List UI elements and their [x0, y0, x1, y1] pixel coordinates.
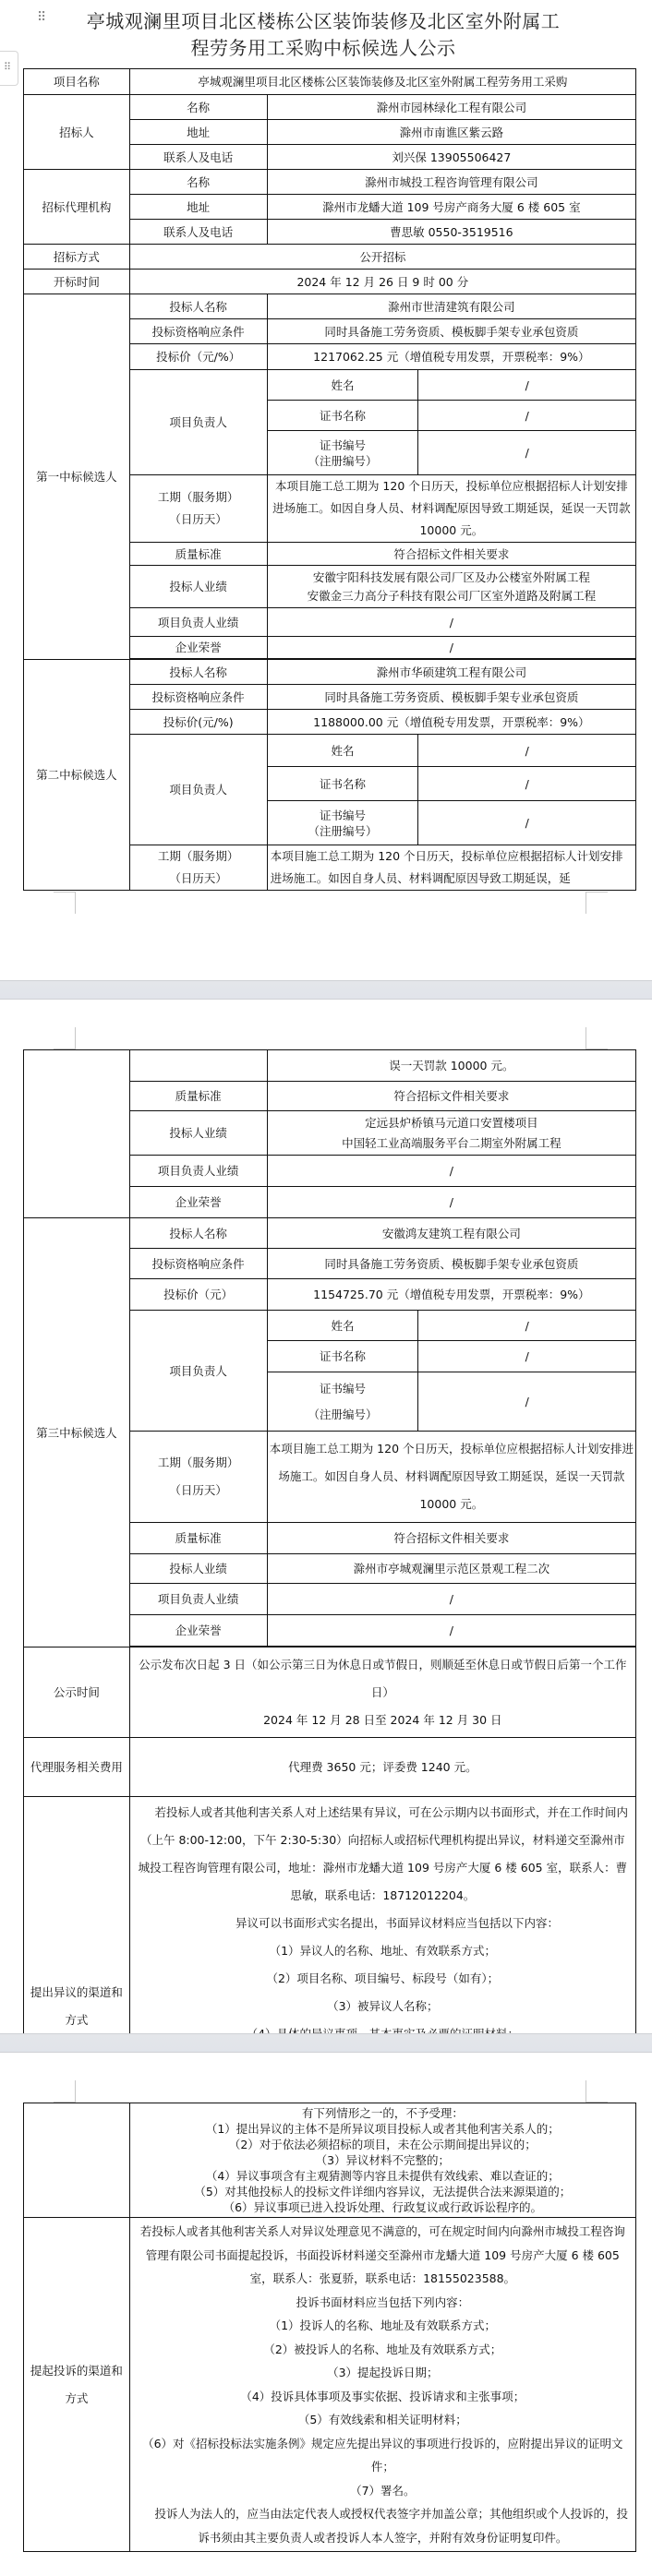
manager-performance-label: 项目负责人业绩 [129, 608, 267, 637]
agency-contact-value: 曹思敏 0550-3519516 [267, 220, 635, 245]
reject-intro: 有下列情形之一的，不予受理： [136, 2105, 630, 2121]
table-row: 项目名称 亭城观澜里项目北区楼栋公区装饰装修及北区室外附属工程劳务用工采购 [24, 69, 636, 95]
complaint-label: 提起投诉的渠道和方式 [24, 2218, 130, 2552]
qualification-label: 投标资格响应条件 [129, 685, 267, 710]
page-corner-mark [586, 892, 608, 914]
candidate-1-label: 第一中标候选人 [24, 294, 130, 660]
objection-material-item: （3）被异议人名称； [136, 1993, 630, 2020]
performance-label: 投标人业绩 [129, 566, 267, 608]
performance-item: 中国轻工业高端服务平台二期室外附属工程 [271, 1133, 633, 1154]
table-row: 开标时间 2024 年 12 月 26 日 9 时 00 分 [24, 270, 636, 294]
cert-no-label-line-1: 证书编号 [271, 808, 416, 823]
results-table-part-1: 项目名称 亭城观澜里项目北区楼栋公区装饰装修及北区室外附属工程劳务用工采购 招标… [23, 68, 636, 891]
candidate-3-price: 1154725.70 元（增值税专用发票，开票税率：9%） [267, 1279, 635, 1311]
candidate-1-period: 本项目施工总工期为 120 个日历天，投标单位应根据招标人计划安排进场施工。如因… [267, 475, 635, 543]
reject-item: （1）提出异议的主体不是所异议项目投标人或者其他利害关系人的； [136, 2121, 630, 2137]
candidate-2-manager-name: / [418, 735, 636, 767]
publicity-value: 公示发布次日起 3 日（如公示第三日为休息日或节假日，则顺延至休息日或节假日后第… [129, 1647, 635, 1738]
results-table-part-3: 有下列情形之一的，不予受理： （1）提出异议的主体不是所异议项目投标人或者其他利… [23, 2103, 636, 2552]
page-break-band [0, 980, 652, 1000]
complaint-content: 若投标人或者其他利害关系人对异议处理意见不满意的，可在规定时间内向滁州市城投工程… [129, 2218, 635, 2552]
candidate-1-qualification: 同时具备施工劳务资质、模板脚手架专业承包资质 [267, 319, 635, 344]
performance-item: 定远县炉桥镇马元道口安置楼项目 [271, 1113, 633, 1133]
objection-label-continued [24, 2103, 130, 2218]
table-row: 招标代理机构 名称 滁州市城投工程咨询管理有限公司 [24, 170, 636, 195]
period-label-line-1: 工期（服务期） [133, 1449, 264, 1477]
candidate-1-performance: 安徽宇阳科技发展有限公司厂区及办公楼室外附属工程 安徽金三力高分子科技有限公司厂… [267, 566, 635, 608]
candidate-2-quality: 符合招标文件相关要求 [267, 1082, 635, 1111]
manager-label: 项目负责人 [129, 1311, 267, 1432]
cert-no-label-line-2: （注册编号） [271, 453, 416, 469]
candidate-2-period-part-1: 本项目施工总工期为 120 个日历天，投标单位应根据招标人计划安排进场施工。如因… [267, 845, 635, 891]
cert-name-label: 证书名称 [267, 1341, 418, 1372]
period-label-line-2: （日历天） [133, 868, 264, 890]
performance-label: 投标人业绩 [129, 1554, 267, 1584]
candidate-2-cert-no: / [418, 801, 636, 845]
cert-no-label-line-1: 证书编号 [271, 1376, 416, 1402]
page-corner-mark [54, 2080, 76, 2103]
quality-label: 质量标准 [129, 1082, 267, 1111]
publicity-label: 公示时间 [24, 1647, 130, 1738]
publicity-dates: 2024 年 12 月 28 日至 2024 年 12 月 30 日 [133, 1707, 633, 1734]
cert-no-label: 证书编号 （注册编号） [267, 801, 418, 845]
candidate-2-performance: 定远县炉桥镇马元道口安置楼项目 中国轻工业高端服务平台二期室外附属工程 [267, 1111, 635, 1156]
candidate-1-honor: / [267, 637, 635, 659]
period-label: 工期（服务期） （日历天） [129, 475, 267, 543]
objection-material-item: （2）项目名称、项目编号、标段号（如有）； [136, 1965, 630, 1993]
candidate-3-honor: / [267, 1615, 635, 1647]
table-row: 第二中标候选人 投标人名称 滁州市华硕建筑工程有限公司 [24, 660, 636, 685]
quality-label: 质量标准 [129, 1523, 267, 1554]
objection-materials-intro: 异议可以书面形式实名提出，书面异议材料应当包括以下内容： [136, 1910, 630, 1937]
page-title: 亭城观澜里项目北区楼栋公区装饰装修及北区室外附属工 程劳务用工采购中标候选人公示 [55, 8, 591, 62]
document-page-1: ⠿ ⠿ 亭城观澜里项目北区楼栋公区装饰装修及北区室外附属工 程劳务用工采购中标候… [0, 0, 652, 980]
qualification-label: 投标资格响应条件 [129, 319, 267, 344]
candidate-2-name: 滁州市华硕建筑工程有限公司 [267, 660, 635, 685]
agency-label: 招标代理机构 [24, 170, 130, 245]
complaint-intro: 若投标人或者其他利害关系人对异议处理意见不满意的，可在规定时间内向滁州市城投工程… [136, 2220, 630, 2291]
project-name-value: 亭城观澜里项目北区楼栋公区装饰装修及北区室外附属工程劳务用工采购 [129, 69, 635, 95]
period-label-line-1: 工期（服务期） [133, 486, 264, 509]
agency-name-label: 名称 [129, 170, 267, 195]
reject-item: （6）异议事项已进入投诉处理、行政复议或行政诉讼程序的。 [136, 2199, 630, 2215]
candidate-3-qualification: 同时具备施工劳务资质、模板脚手架专业承包资质 [267, 1249, 635, 1279]
period-label-line-2: （日历天） [133, 509, 264, 531]
period-label-continued [129, 1050, 267, 1082]
tenderer-name-value: 滁州市园林绿化工程有限公司 [267, 95, 635, 120]
manager-label: 项目负责人 [129, 370, 267, 475]
candidate-3-period: 本项目施工总工期为 120 个日历天，投标单位应根据招标人计划安排进场施工。如因… [267, 1432, 635, 1523]
candidate-3-manager-performance: / [267, 1584, 635, 1615]
objection-intro: 若投标人或者其他利害关系人对上述结果有异议，可在公示期内以书面形式，并在工作时间… [136, 1799, 630, 1910]
candidate-2-manager-performance: / [267, 1156, 635, 1187]
complaint-material-item: （5）有效线索和相关证明材料； [136, 2408, 630, 2432]
document-page-3: 有下列情形之一的，不予受理： （1）提出异议的主体不是所异议项目投标人或者其他利… [0, 2053, 652, 2576]
candidate-3-cert-no: / [418, 1372, 636, 1432]
cert-no-label-line-2: （注册编号） [271, 823, 416, 839]
candidate-3-cert-name: / [418, 1341, 636, 1372]
agency-address-label: 地址 [129, 195, 267, 220]
opening-value: 2024 年 12 月 26 日 9 时 00 分 [129, 270, 635, 294]
candidate-3-name: 安徽鸿友建筑工程有限公司 [267, 1218, 635, 1249]
table-row: 第三中标候选人 投标人名称 安徽鸿友建筑工程有限公司 [24, 1218, 636, 1249]
manager-name-label: 姓名 [267, 370, 418, 401]
agency-address-value: 滁州市龙蟠大道 109 号房产商务大厦 6 楼 605 室 [267, 195, 635, 220]
drag-handle-icon: ⠿ [4, 63, 10, 72]
tenderer-contact-value: 刘兴保 13905506427 [267, 145, 635, 170]
honor-label: 企业荣誉 [129, 637, 267, 659]
reject-item: （4）异议事项含有主观猜测等内容且未提供有效线索、难以查证的； [136, 2168, 630, 2184]
reject-item: （2）对于依法必须招标的项目，未在公示期间提出异议的； [136, 2137, 630, 2152]
document-page-2: 误一天罚款 10000 元。 质量标准 符合招标文件相关要求 投标人业绩 定远县… [0, 1000, 652, 2033]
period-label: 工期（服务期） （日历天） [129, 845, 267, 891]
page-title-line-1: 亭城观澜里项目北区楼栋公区装饰装修及北区室外附属工 [55, 8, 591, 35]
honor-label: 企业荣誉 [129, 1615, 267, 1647]
period-label-line-2: （日历天） [133, 1477, 264, 1504]
reject-item: （3）异议材料不完整的； [136, 2152, 630, 2168]
fees-label: 代理服务相关费用 [24, 1738, 130, 1797]
tenderer-name-label: 名称 [129, 95, 267, 120]
candidate-1-manager-name: / [418, 370, 636, 401]
candidate-2-period-part-2: 误一天罚款 10000 元。 [267, 1050, 635, 1082]
tenderer-label: 招标人 [24, 95, 130, 170]
page-break-band [0, 2033, 652, 2053]
candidate-2-honor: / [267, 1187, 635, 1218]
complaint-closing: 投诉人为法人的，应当由法定代表人或授权代表签字并加盖公章；其他组织或个人投诉的，… [136, 2502, 630, 2549]
bidder-name-label: 投标人名称 [129, 660, 267, 685]
manager-name-label: 姓名 [267, 1311, 418, 1341]
price-label: 投标价（元） [129, 1279, 267, 1311]
drag-handle-icon[interactable]: ⠿ [37, 13, 45, 22]
complaint-material-item: （3）提起投诉日期； [136, 2361, 630, 2385]
candidate-1-price: 1217062.25 元（增值税专用发票，开票税率：9%） [267, 344, 635, 370]
tenderer-contact-label: 联系人及电话 [129, 145, 267, 170]
page-title-line-2: 程劳务用工采购中标候选人公示 [55, 35, 591, 62]
table-row: 招标方式 公开招标 [24, 245, 636, 270]
bidder-name-label: 投标人名称 [129, 1218, 267, 1249]
manager-label: 项目负责人 [129, 735, 267, 845]
complaint-material-item: （1）投诉人的名称、地址及有效联系方式； [136, 2314, 630, 2338]
agency-contact-label: 联系人及电话 [129, 220, 267, 245]
cert-name-label: 证书名称 [267, 767, 418, 801]
table-row: 公示时间 公示发布次日起 3 日（如公示第三日为休息日或节假日，则顺延至休息日或… [24, 1647, 636, 1738]
cert-no-label: 证书编号 （注册编号） [267, 1372, 418, 1432]
table-row: 有下列情形之一的，不予受理： （1）提出异议的主体不是所异议项目投标人或者其他利… [24, 2103, 636, 2218]
candidate-1-cert-name: / [418, 401, 636, 431]
table-row: 误一天罚款 10000 元。 [24, 1050, 636, 1082]
table-row: 提起投诉的渠道和方式 若投标人或者其他利害关系人对异议处理意见不满意的，可在规定… [24, 2218, 636, 2552]
candidate-3-label: 第三中标候选人 [24, 1218, 130, 1647]
complaint-material-item: （4）投诉具体事项及事实依据、投诉请求和主张事项； [136, 2385, 630, 2409]
bidder-name-label: 投标人名称 [129, 294, 267, 319]
opening-label: 开标时间 [24, 270, 130, 294]
candidate-2-continued [24, 1050, 130, 1218]
candidate-3-manager-name: / [418, 1311, 636, 1341]
performance-item: 安徽金三力高分子科技有限公司厂区室外道路及附属工程 [271, 587, 633, 605]
project-name-label: 项目名称 [24, 69, 130, 95]
tenderer-address-value: 滁州市南谯区紫云路 [267, 120, 635, 145]
side-handle-tab[interactable]: ⠿ [0, 51, 18, 86]
method-label: 招标方式 [24, 245, 130, 270]
price-label: 投标价(元/%) [129, 710, 267, 735]
candidate-1-quality: 符合招标文件相关要求 [267, 543, 635, 566]
page-corner-mark [54, 892, 76, 914]
quality-label: 质量标准 [129, 543, 267, 566]
candidate-2-price: 1188000.00 元（增值税专用发票，开票税率：9%） [267, 710, 635, 735]
cert-no-label-line-2: （注册编号） [271, 1402, 416, 1428]
cert-no-label: 证书编号 （注册编号） [267, 431, 418, 475]
performance-label: 投标人业绩 [129, 1111, 267, 1156]
qualification-label: 投标资格响应条件 [129, 1249, 267, 1279]
candidate-1-cert-no: / [418, 431, 636, 475]
manager-name-label: 姓名 [267, 735, 418, 767]
honor-label: 企业荣誉 [129, 1187, 267, 1218]
tenderer-address-label: 地址 [129, 120, 267, 145]
candidate-1-name: 滁州市世清建筑有限公司 [267, 294, 635, 319]
page-corner-mark [54, 1027, 76, 1049]
candidate-3-performance: 滁州市亭城观澜里示范区景观工程二次 [267, 1554, 635, 1584]
table-row: 招标人 名称 滁州市园林绿化工程有限公司 [24, 95, 636, 120]
table-row: 代理服务相关费用 代理费 3650 元；评委费 1240 元。 [24, 1738, 636, 1797]
fees-value: 代理费 3650 元；评委费 1240 元。 [129, 1738, 635, 1797]
cert-no-label-line-1: 证书编号 [271, 437, 416, 453]
method-value: 公开招标 [129, 245, 635, 270]
complaint-material-item: （7）署名。 [136, 2479, 630, 2503]
candidate-1-manager-performance: / [267, 608, 635, 637]
complaint-materials-intro: 投诉书面材料应当包括下列内容： [136, 2291, 630, 2315]
candidate-2-cert-name: / [418, 767, 636, 801]
period-label: 工期（服务期） （日历天） [129, 1432, 267, 1523]
cert-name-label: 证书名称 [267, 401, 418, 431]
period-label-line-1: 工期（服务期） [133, 845, 264, 868]
page-corner-mark [586, 2080, 608, 2103]
performance-item: 安徽宇阳科技发展有限公司厂区及办公楼室外附属工程 [271, 569, 633, 587]
manager-performance-label: 项目负责人业绩 [129, 1584, 267, 1615]
page-corner-mark [586, 1027, 608, 1049]
agency-name-value: 滁州市城投工程咨询管理有限公司 [267, 170, 635, 195]
complaint-material-item: （2）被投诉人的名称、地址及有效联系方式； [136, 2338, 630, 2362]
candidate-2-qualification: 同时具备施工劳务资质、模板脚手架专业承包资质 [267, 685, 635, 710]
objection-reject-content: 有下列情形之一的，不予受理： （1）提出异议的主体不是所异议项目投标人或者其他利… [129, 2103, 635, 2218]
reject-item: （5）对其他投标人的投标文件详细内容异议，无法提供合法来源渠道的； [136, 2184, 630, 2199]
price-label: 投标价（元/%） [129, 344, 267, 370]
objection-material-item: （1）异议人的名称、地址、有效联系方式； [136, 1937, 630, 1965]
manager-performance-label: 项目负责人业绩 [129, 1156, 267, 1187]
candidate-3-quality: 符合招标文件相关要求 [267, 1523, 635, 1554]
publicity-period-rule: 公示发布次日起 3 日（如公示第三日为休息日或节假日，则顺延至休息日或节假日后第… [133, 1651, 633, 1707]
table-row: 第一中标候选人 投标人名称 滁州市世清建筑有限公司 [24, 294, 636, 319]
candidate-2-label: 第二中标候选人 [24, 660, 130, 891]
complaint-material-item: （6）对《招标投标法实施条例》规定应先提出异议的事项进行投诉的，应附提出异议的证… [136, 2432, 630, 2479]
